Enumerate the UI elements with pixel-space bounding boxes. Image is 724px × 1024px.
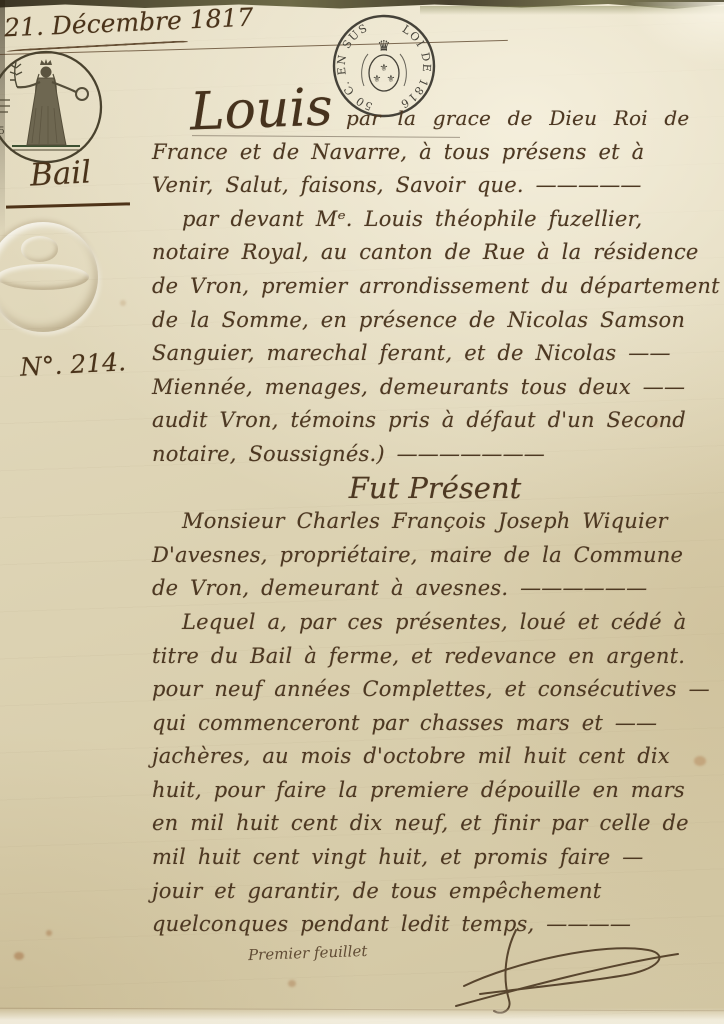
manuscript-line: Sanguier, marechal ferant, et de Nicolas… xyxy=(152,337,718,371)
manuscript-line: Venir, Salut, faisons, Savoir que. ————— xyxy=(152,169,718,203)
manuscript-line: en mil huit cent dix neuf, et finir par … xyxy=(152,807,718,841)
manuscript-line: jouir et garantir, de tous empêchement xyxy=(152,875,718,909)
manuscript-line: huit, pour faire la premiere dépouille e… xyxy=(152,774,718,808)
svg-text:LOI DE 1816: LOI DE 1816 xyxy=(398,22,434,111)
allegorical-figure xyxy=(0,59,88,145)
notary-paraph-signature xyxy=(452,926,682,1018)
manuscript-body: par la grace de Dieu Roi de France et de… xyxy=(152,102,718,942)
foxing-spot xyxy=(46,930,52,936)
revenue-vignette-stamp: 75 xyxy=(0,48,108,166)
manuscript-line: Lequel a, par ces présentes, loué et céd… xyxy=(152,606,718,640)
seal-relief-ridge xyxy=(0,264,89,290)
manuscript-line: jachères, au mois d'octobre mil huit cen… xyxy=(152,740,718,774)
manuscript-line: de la Somme, en présence de Nicolas Sams… xyxy=(152,304,718,338)
vignette-denomination: 75 xyxy=(0,126,5,137)
margin-label-bail: Bail xyxy=(29,154,92,193)
margin-label-underline xyxy=(6,202,130,208)
embossed-blind-seal xyxy=(0,222,98,332)
manuscript-line: notaire, Soussignés.) ——————— xyxy=(152,438,718,472)
svg-text:50 C. EN SUS: 50 C. EN SUS xyxy=(335,21,374,113)
folio-note: Premier feuillet xyxy=(248,942,368,964)
fleur-de-lis-icon: ⚜ xyxy=(373,74,382,85)
fleur-de-lis-icon: ⚜ xyxy=(387,74,396,85)
paper-corner-highlight xyxy=(629,2,724,66)
manuscript-line: par la grace de Dieu Roi de xyxy=(152,102,718,136)
manuscript-line: de Vron, premier arrondissement du dépar… xyxy=(152,270,718,304)
manuscript-line: Miennée, menages, demeurants tous deux —… xyxy=(152,371,718,405)
foxing-spot xyxy=(120,300,126,306)
document-page: 21. Décembre 1817 75 50 C. EN SUS LOI DE… xyxy=(0,0,724,1024)
olive-branch xyxy=(10,62,22,87)
stamp-arc-right-text: LOI DE 1816 xyxy=(398,22,434,111)
manuscript-line: par devant Mᵉ. Louis théophile fuzellier… xyxy=(152,203,718,237)
manuscript-line: notaire Royal, au canton de Rue à la rés… xyxy=(152,236,718,270)
manuscript-line: de Vron, demeurant à avesnes. —————— xyxy=(152,572,718,606)
foxing-spot xyxy=(288,980,296,987)
date-annotation: 21. Décembre 1817 xyxy=(3,3,253,43)
foxing-spot xyxy=(14,952,24,960)
fleur-de-lis-icon: ⚜ xyxy=(380,63,389,74)
act-number: N°. 214. xyxy=(19,347,126,382)
manuscript-line: qui commenceront par chasses mars et —— xyxy=(152,707,718,741)
manuscript-line: Monsieur Charles François Joseph Wiquier xyxy=(152,505,718,539)
manuscript-line: mil huit cent vingt huit, et promis fair… xyxy=(152,841,718,875)
crown-icon: ♛ xyxy=(377,37,390,55)
seal-relief-blob xyxy=(21,236,58,261)
manuscript-line: titre du Bail à ferme, et redevance en a… xyxy=(152,640,718,674)
section-heading-fut-present: Fut Présent xyxy=(152,472,718,506)
manuscript-line: France et de Navarre, à tous présens et … xyxy=(152,136,718,170)
manuscript-line: audit Vron, témoins pris à défaut d'un S… xyxy=(152,404,718,438)
stamp-arc-left-text: 50 C. EN SUS xyxy=(335,21,374,113)
manuscript-line: pour neuf années Complettes, et consécut… xyxy=(152,673,718,707)
paper-bottom-edge xyxy=(0,1008,724,1024)
manuscript-line: D'avesnes, propriétaire, maire de la Com… xyxy=(152,539,718,573)
wreath-ring xyxy=(76,88,88,100)
